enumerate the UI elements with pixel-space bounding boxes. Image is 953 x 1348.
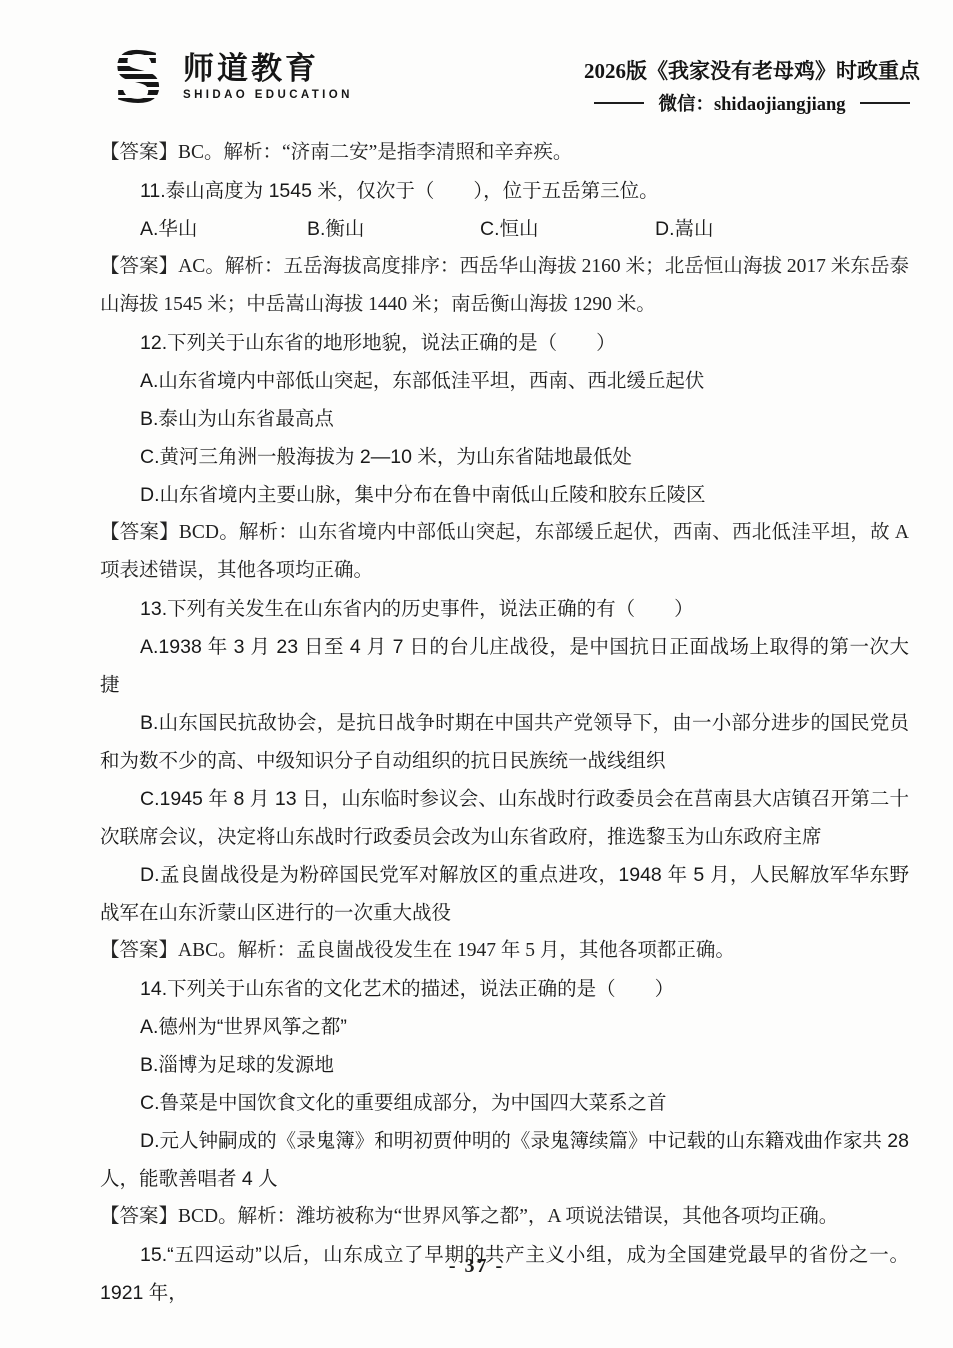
question-line: 13.下列有关发生在山东省内的历史事件，说法正确的有（ ） [100,590,909,628]
logo-name-cn: 师道教育 [183,52,353,86]
option-line: B.山东国民抗敌协会，是抗日战争时期在中国共产党领导下，由一小部分进步的国民党员… [100,704,909,780]
answer-line: 【答案】ABC。解析：孟良崮战役发生在 1947 年 5 月，其他各项都正确。 [100,932,909,970]
page-number: - 37 - [0,1255,953,1278]
booklet-title: 2026版《我家没有老母鸡》时政重点 [584,58,920,84]
option-line: C.黄河三角洲一般海拔为 2—10 米，为山东省陆地最低处 [100,438,909,476]
option-line: B.淄博为足球的发源地 [100,1046,909,1084]
logo-text: 师道教育 SHIDAO EDUCATION [183,46,353,101]
question-line: 14.下列关于山东省的文化艺术的描述，说法正确的是（ ） [100,970,909,1008]
question-line: 12.下列关于山东省的地形地貌，说法正确的是（ ） [100,324,909,362]
answer-line: 【答案】AC。解析：五岳海拔高度排序：西岳华山海拔 2160 米；北岳恒山海拔 … [100,248,909,324]
striped-s-book-logo-icon: S [103,46,173,117]
option-cell: C.恒山 [480,210,655,248]
question-line: 11.泰山高度为 1545 米，仅次于（ ），位于五岳第三位。 [100,172,909,210]
header-right: 2026版《我家没有老母鸡》时政重点 微信：shidaojiangjiang [584,46,920,116]
wechat-line: 微信：shidaojiangjiang [584,90,920,116]
document-page: S 师道教育 SHIDAO EDUCATION 2026版《我家没有老母鸡》时政… [0,0,953,1348]
right-dash-rule [860,102,910,105]
option-line: A.德州为“世界风筝之都” [100,1008,909,1046]
option-line: A.1938 年 3 月 23 日至 4 月 7 日的台儿庄战役，是中国抗日正面… [100,628,909,704]
answer-line: 【答案】BCD。解析：山东省境内中部低山突起，东部缓丘起伏，西南、西北低洼平坦，… [100,514,909,590]
wechat-handle: 微信：shidaojiangjiang [658,90,845,116]
option-line: D.孟良崮战役是为粉碎国民党军对解放区的重点进攻，1948 年 5 月，人民解放… [100,856,909,932]
document-body: 【答案】BC。解析：“济南二安”是指李清照和辛弃疾。11.泰山高度为 1545 … [0,134,953,1312]
svg-text:S: S [113,46,164,112]
left-dash-rule [594,102,644,105]
logo-name-en: SHIDAO EDUCATION [183,89,353,101]
option-line: C.鲁菜是中国饮食文化的重要组成部分，为中国四大菜系之首 [100,1084,909,1122]
option-cell: A.华山 [140,210,307,248]
option-cell: D.嵩山 [655,210,909,248]
shidao-logo: S 师道教育 SHIDAO EDUCATION [103,46,353,117]
option-line: D.元人钟嗣成的《录鬼簿》和明初贾仲明的《录鬼簿续篇》中记载的山东籍戏曲作家共 … [100,1122,909,1198]
option-line: A.山东省境内中部低山突起，东部低洼平坦，西南、西北缓丘起伏 [100,362,909,400]
answer-line: 【答案】BCD。解析：潍坊被称为“世界风筝之都”，A 项说法错误，其他各项均正确… [100,1198,909,1236]
page-header: S 师道教育 SHIDAO EDUCATION 2026版《我家没有老母鸡》时政… [0,0,953,118]
option-line: D.山东省境内主要山脉，集中分布在鲁中南低山丘陵和胶东丘陵区 [100,476,909,514]
option-line: C.1945 年 8 月 13 日，山东临时参议会、山东战时行政委员会在莒南县大… [100,780,909,856]
option-cell: B.衡山 [307,210,480,248]
options-row: A.华山B.衡山C.恒山D.嵩山 [100,210,909,248]
answer-line: 【答案】BC。解析：“济南二安”是指李清照和辛弃疾。 [100,134,909,172]
option-line: B.泰山为山东省最高点 [100,400,909,438]
